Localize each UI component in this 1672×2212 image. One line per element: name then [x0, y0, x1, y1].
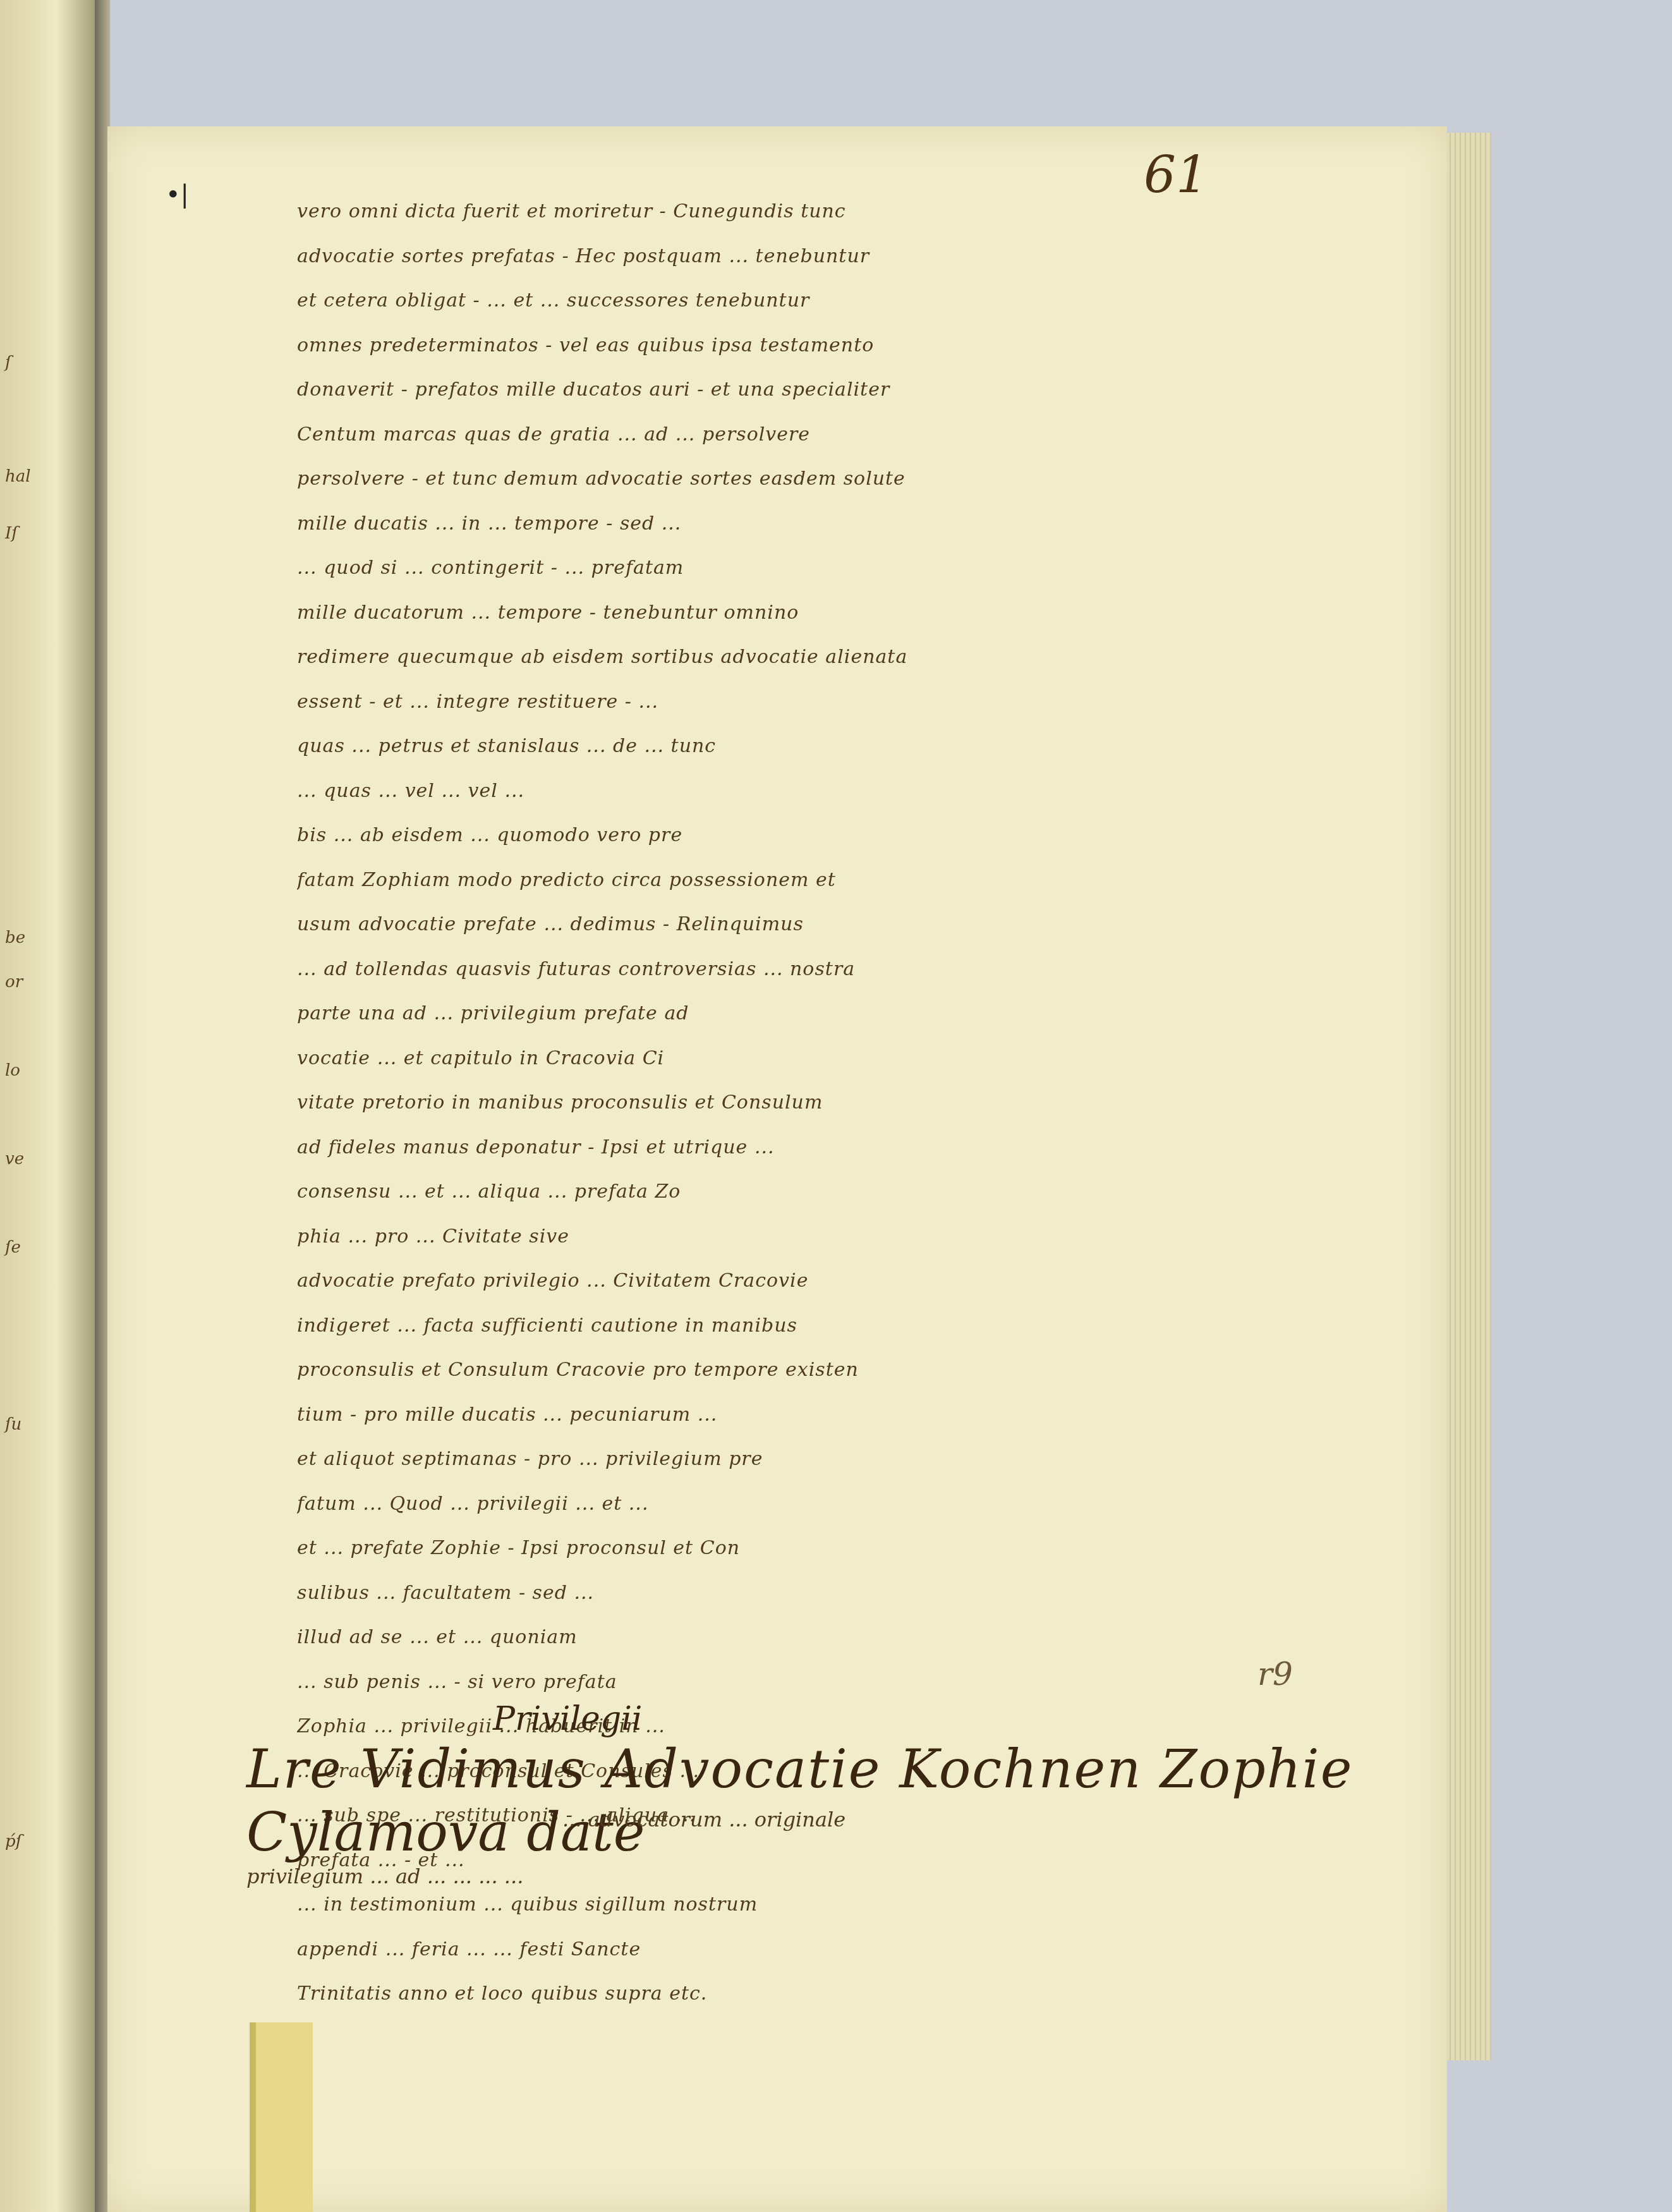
text-line: sulibus ... facultatem - sed ... [297, 1571, 1207, 1616]
text-line: Centum marcas quas de gratia ... ad ... … [297, 413, 1207, 458]
text-line: ... quod si ... contingerit - ... prefat… [297, 546, 1207, 591]
text-line: phia ... pro ... Civitate sive [297, 1215, 1207, 1260]
text-line: ad fideles manus deponatur - Ipsi et utr… [297, 1126, 1207, 1170]
text-line: essent - et ... integre restituere - ... [297, 680, 1207, 725]
margin-fragment: ſ [5, 354, 87, 372]
margin-fragment: be [5, 929, 87, 947]
text-line: mille ducatis ... in ... tempore - sed .… [297, 502, 1207, 547]
heading-note: ... advocatorum ... originale [562, 1808, 845, 1832]
facing-page-edge: ſ hal Iſ be or lo ve ſe ſu ṕſ [0, 0, 95, 2212]
margin-fragment: ve [5, 1150, 87, 1169]
text-line: parte una ad ... privilegium prefate ad [297, 992, 1207, 1036]
margin-pointer-mark: •| [166, 180, 189, 209]
text-line: advocatie sortes prefatas - Hec postquam… [297, 234, 1207, 279]
text-line: ... quas ... vel ... vel ... [297, 769, 1207, 814]
text-line: Trinitatis anno et loco quibus supra etc… [297, 1972, 1207, 2017]
paper-tab-marker [250, 2022, 313, 2212]
margin-fragment: Iſ [5, 525, 87, 543]
text-line: ... ad tollendas quasvis futuras controv… [297, 947, 1207, 992]
text-line: donaverit - prefatos mille ducatos auri … [297, 368, 1207, 413]
text-line: appendi ... feria ... ... festi Sancte [297, 1928, 1207, 1972]
heading-superscript: Privilegii [493, 1700, 642, 1738]
text-line: mille ducatorum ... tempore - tenebuntur… [297, 591, 1207, 636]
text-line: omnes predeterminatos - vel eas quibus i… [297, 324, 1207, 368]
margin-fragment: ſu [5, 1416, 87, 1434]
text-line: vocatie ... et capitulo in Cracovia Ci [297, 1036, 1207, 1081]
margin-fragment: ṕſ [5, 1833, 87, 1851]
text-line: indigeret ... facta sufficienti cautione… [297, 1304, 1207, 1349]
text-line: quas ... petrus et stanislaus ... de ...… [297, 724, 1207, 769]
heading-line-3: privilegium ... ad ... ... ... ... [246, 1864, 523, 1888]
page-stack-edge [1441, 133, 1491, 2060]
text-line: et ... prefate Zophie - Ipsi proconsul e… [297, 1526, 1207, 1571]
text-line: fatum ... Quod ... privilegii ... et ... [297, 1482, 1207, 1527]
text-line: consensu ... et ... aliqua ... prefata Z… [297, 1170, 1207, 1215]
text-line: et aliquot septimanas - pro ... privileg… [297, 1437, 1207, 1482]
margin-fragment: lo [5, 1062, 87, 1080]
heading-line-1: Lre Vidimus Advocatie Kochnen Zophie [246, 1738, 1353, 1800]
text-line: persolvere - et tunc demum advocatie sor… [297, 457, 1207, 502]
margin-fragment: ſe [5, 1239, 87, 1257]
text-line: redimere quecumque ab eisdem sortibus ad… [297, 635, 1207, 680]
text-line: proconsulis et Consulum Cracovie pro tem… [297, 1348, 1207, 1393]
text-line: advocatie prefato privilegio ... Civitat… [297, 1259, 1207, 1304]
margin-fragment: or [5, 973, 87, 992]
text-line: bis ... ab eisdem ... quomodo vero pre [297, 813, 1207, 858]
text-line: illud ad se ... et ... quoniam [297, 1615, 1207, 1660]
text-line: ... in testimonium ... quibus sigillum n… [297, 1883, 1207, 1928]
text-line: ... sub penis ... - si vero prefata [297, 1660, 1207, 1705]
text-line: usum advocatie prefate ... dedimus - Rel… [297, 902, 1207, 947]
text-line: vitate pretorio in manibus proconsulis e… [297, 1081, 1207, 1126]
text-line: et cetera obligat - ... et ... successor… [297, 279, 1207, 324]
text-line: fatam Zophiam modo predicto circa posses… [297, 858, 1207, 903]
text-line: tium - pro mille ducatis ... pecuniarum … [297, 1393, 1207, 1438]
margin-annotation: r9 [1257, 1656, 1293, 1692]
text-line: vero omni dicta fuerit et moriretur - Cu… [297, 190, 1207, 234]
margin-fragment: hal [5, 468, 87, 486]
